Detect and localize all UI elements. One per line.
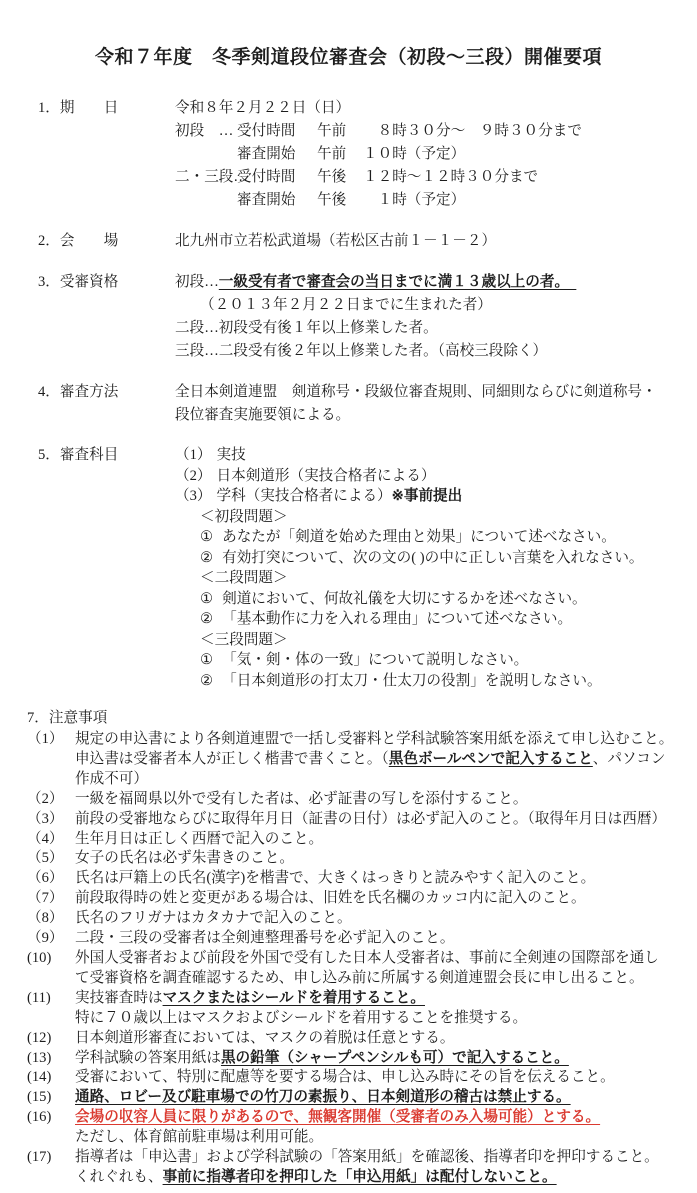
shodan-question-2: ②有効打突について、次の文の( )の中に正しい言葉を入れなさい。 — [175, 548, 697, 569]
eligibility-shodan-birthdate: （２０１３年２月２２日までに生まれた者） — [175, 294, 697, 317]
mask-shield-emphasis: マスクまたはシールドを着用すること。 — [163, 990, 425, 1006]
note-16-line-2: ただし、体育館前駐車場は利用可能。 — [75, 1128, 693, 1148]
note-item-3: （3） 前段の受審地ならびに取得年月日（証書の日付）は必ず記入のこと。（取得年月… — [27, 810, 693, 830]
document-page: 令和７年度 冬季剣道段位審査会（初段～三段）開催要項 1．期 日 令和８年２月２… — [0, 0, 697, 1193]
note-item-4: （4） 生年月日は正しく西暦で記入のこと。 — [27, 830, 693, 850]
note-17-line-1: 指導者は「申込書」および学科試験の「答案用紙」を確認後、指導者印を押印すること。 — [75, 1148, 693, 1168]
sandan-questions-header: ＜三段問題＞ — [175, 630, 697, 651]
nidan-questions-header: ＜二段問題＞ — [175, 568, 697, 589]
eligibility-shodan: 初段…一級受有者で審査会の当日までに満１３歳以上の者。 — [175, 271, 697, 294]
section-method: 4．審査方法 全日本剣道連盟 剣道称号・段級位審査規則、同細則ならびに剣道称号・… — [0, 381, 697, 427]
note-item-1: （1） 規定の申込書により各剣道連盟で一括し受審料と学科試験答案用紙を添えて申し… — [27, 730, 693, 790]
section-date-num: 1． — [38, 100, 60, 116]
section-eligibility-label: 3．受審資格 — [38, 271, 175, 363]
subject-gakka: （3）学科（実技合格者による）※事前提出 — [175, 486, 697, 507]
method-line-2: 段位審査実施要領による。 — [175, 404, 697, 427]
nidan-question-2: ②「基本動作に力を入れる理由」について述べなさい。 — [175, 609, 697, 630]
note-item-9: （9） 二段・三段の受審者は全剣連整理番号を必ず記入のこと。 — [27, 929, 693, 949]
venue-text: 北九州市立若松武道場（若松区古前１－１－２） — [175, 230, 697, 253]
section-notes-title: 注意事項 — [49, 710, 107, 726]
event-date: 令和８年２月２２日（日） — [175, 97, 697, 120]
section-method-num: 4． — [38, 384, 60, 400]
section-notes-header: 7．注意事項 — [0, 707, 697, 729]
note-item-15: (15) 通路、ロビー及び駐車場での竹刀の素振り、日本剣道形の稽古は禁止する。 — [27, 1088, 693, 1108]
schedule-row: 二・三段…受付時間午後１２時～１２時３０分まで — [175, 166, 697, 189]
note-1-line-1: 規定の申込書により各剣道連盟で一括し受審料と学科試験答案用紙を添えて申し込むこと… — [75, 730, 693, 750]
section-notes-num: 7． — [27, 710, 49, 726]
section-date-content: 令和８年２月２２日（日） 初段 …受付時間午前 ８時３０分～ ９時３０分まで 審… — [175, 97, 697, 212]
schedule-row: 審査開始午後 １時（予定） — [175, 189, 697, 212]
note-item-12: (12) 日本剣道形審査においては、マスクの着脱は任意とする。 — [27, 1029, 693, 1049]
note-10-line-1: 外国人受審者および前段を外国で受有した日本人受審者は、事前に全剣連の国際部を通し — [75, 949, 693, 969]
sandan-question-2: ②「日本剣道形の打太刀・仕太刀の役割」を説明しなさい。 — [175, 671, 697, 692]
black-pen-emphasis: 黒色ボールペンで記入すること — [389, 751, 593, 767]
schedule-row: 審査開始午前１０時（予定） — [175, 143, 697, 166]
note-1-line-3: 作成不可） — [75, 770, 693, 790]
note-item-5: （5） 女子の氏名は必ず朱書きのこと。 — [27, 849, 693, 869]
section-subjects-title: 審査科目 — [60, 447, 118, 463]
notes-list: （1） 規定の申込書により各剣道連盟で一括し受審料と学科試験答案用紙を添えて申し… — [0, 730, 697, 1188]
note-item-11: (11) 実技審査時はマスクまたはシールドを着用すること。 特に７０歳以上はマス… — [27, 989, 693, 1029]
section-eligibility: 3．受審資格 初段…一級受有者で審査会の当日までに満１３歳以上の者。 （２０１３… — [0, 271, 697, 363]
section-venue: 2．会 場 北九州市立若松武道場（若松区古前１－１－２） — [0, 230, 697, 253]
eligibility-shodan-emphasis: 一級受有者で審査会の当日までに満１３歳以上の者。 — [219, 274, 577, 290]
method-line-1: 全日本剣道連盟 剣道称号・段級位審査規則、同細則ならびに剣道称号・ — [175, 381, 697, 404]
section-method-label: 4．審査方法 — [38, 381, 175, 427]
no-presealed-form-emphasis: 事前に指導者印を押印した「申込用紙」は配付しないこと。 — [163, 1169, 557, 1185]
subject-jitsugi: （1）実技 — [175, 445, 697, 466]
note-item-17: (17) 指導者は「申込書」および学科試験の「答案用紙」を確認後、指導者印を押印… — [27, 1148, 693, 1188]
note-11-line-1: 実技審査時はマスクまたはシールドを着用すること。 — [75, 989, 693, 1009]
note-11-line-2: 特に７０歳以上はマスクおよびシールドを着用することを推奨する。 — [75, 1009, 693, 1029]
note-15-line-1: 通路、ロビー及び駐車場での竹刀の素振り、日本剣道形の稽古は禁止する。 — [75, 1088, 693, 1108]
note-17-line-2: くれぐれも、事前に指導者印を押印した「申込用紙」は配付しないこと。 — [75, 1168, 693, 1188]
section-subjects: 5．審査科目 （1）実技 （2）日本剣道形（実技合格者による） （3）学科（実技… — [0, 445, 697, 691]
section-venue-label: 2．会 場 — [38, 230, 175, 253]
section-method-title: 審査方法 — [60, 384, 118, 400]
nidan-question-1: ①剣道において、何故礼儀を大切にするかを述べなさい。 — [175, 589, 697, 610]
section-date: 1．期 日 令和８年２月２２日（日） 初段 …受付時間午前 ８時３０分～ ９時３… — [0, 97, 697, 212]
note-13-line-1: 学科試験の答案用紙は黒の鉛筆（シャープペンシルも可）で記入すること。 — [75, 1049, 693, 1069]
note-16-line-1: 会場の収容人員に限りがあるので、無観客開催（受審者のみ入場可能）とする。 — [75, 1108, 693, 1128]
schedule-row: 初段 …受付時間午前 ８時３０分～ ９時３０分まで — [175, 120, 697, 143]
section-date-label: 1．期 日 — [38, 97, 175, 212]
note-item-13: (13) 学科試験の答案用紙は黒の鉛筆（シャープペンシルも可）で記入すること。 — [27, 1049, 693, 1069]
note-item-7: （7） 前段取得時の姓と変更がある場合は、旧姓を氏名欄のカッコ内に記入のこと。 — [27, 889, 693, 909]
note-item-2: （2） 一級を福岡県以外で受有した者は、必ず証書の写しを添付すること。 — [27, 790, 693, 810]
note-1-line-2: 申込書は受審者本人が正しく楷書で書くこと。（黒色ボールペンで記入すること、パソコ… — [75, 750, 693, 770]
section-venue-content: 北九州市立若松武道場（若松区古前１－１－２） — [175, 230, 697, 253]
doc-title: 令和７年度 冬季剣道段位審査会（初段～三段）開催要項 — [40, 42, 657, 69]
eligibility-nidan: 二段…初段受有後１年以上修業した者。 — [175, 317, 697, 340]
section-method-content: 全日本剣道連盟 剣道称号・段級位審査規則、同細則ならびに剣道称号・ 段位審査実施… — [175, 381, 697, 427]
section-subjects-label: 5．審査科目 — [38, 445, 175, 691]
section-eligibility-num: 3． — [38, 274, 60, 290]
note-item-14: (14) 受審において、特別に配慮等を要する場合は、申し込み時にその旨を伝えるこ… — [27, 1068, 693, 1088]
note-item-16: (16) 会場の収容人員に限りがあるので、無観客開催（受審者のみ入場可能）とする… — [27, 1108, 693, 1148]
section-date-title: 期 日 — [60, 100, 118, 116]
section-venue-num: 2． — [38, 233, 60, 249]
section-subjects-num: 5． — [38, 447, 60, 463]
section-subjects-content: （1）実技 （2）日本剣道形（実技合格者による） （3）学科（実技合格者による）… — [175, 445, 697, 691]
shodan-question-1: ①あなたが「剣道を始めた理由と効果」について述べなさい。 — [175, 527, 697, 548]
note-item-10: (10) 外国人受審者および前段を外国で受有した日本人受審者は、事前に全剣連の国… — [27, 949, 693, 989]
no-spectators-emphasis: 会場の収容人員に限りがあるので、無観客開催（受審者のみ入場可能）とする。 — [75, 1109, 600, 1125]
eligibility-sandan: 三段…二段受有後２年以上修業した者。（高校三段除く） — [175, 340, 697, 363]
gakka-presubmit-note: ※事前提出 — [392, 488, 463, 504]
sandan-question-1: ①「気・剣・体の一致」について説明しなさい。 — [175, 650, 697, 671]
note-item-8: （8） 氏名のフリガナはカタカナで記入のこと。 — [27, 909, 693, 929]
shodan-questions-header: ＜初段問題＞ — [175, 507, 697, 528]
subject-kata: （2）日本剣道形（実技合格者による） — [175, 466, 697, 487]
pencil-emphasis: 黒の鉛筆（シャープペンシルも可）で記入すること。 — [221, 1050, 569, 1066]
note-10-line-2: て受審資格を調査確認するため、申し込み前に所属する剣道連盟会長に申し出ること。 — [75, 969, 693, 989]
note-item-6: （6） 氏名は戸籍上の氏名(漢字)を楷書で、大きくはっきりと読みやすく記入のこと… — [27, 869, 693, 889]
no-practice-emphasis: 通路、ロビー及び駐車場での竹刀の素振り、日本剣道形の稽古は禁止する。 — [75, 1089, 571, 1105]
section-venue-title: 会 場 — [60, 233, 118, 249]
section-eligibility-title: 受審資格 — [60, 274, 118, 290]
section-eligibility-content: 初段…一級受有者で審査会の当日までに満１３歳以上の者。 （２０１３年２月２２日ま… — [175, 271, 697, 363]
